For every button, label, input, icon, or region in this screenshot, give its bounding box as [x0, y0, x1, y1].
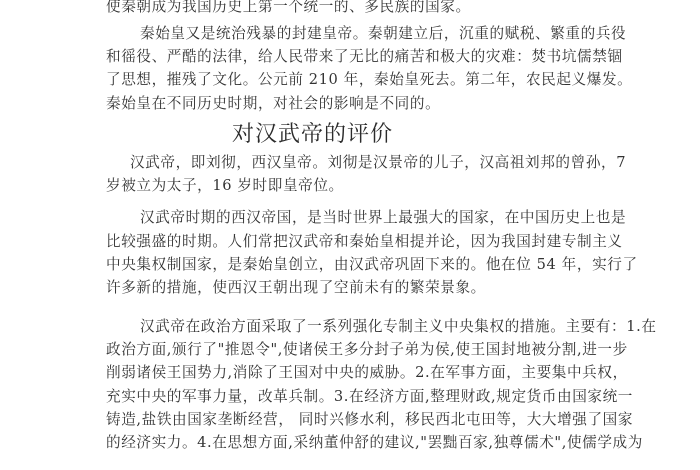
paragraph-line: 和徭役、严酷的法律，给人民带来了无比的痛苦和极大的灾难：焚书坑儒禁锢: [106, 48, 623, 66]
paragraph-line: 铸造,盐铁由国家垄断经营， 同时兴修水利，移民西北屯田等，大大增强了国家: [106, 411, 633, 429]
document-page: 使秦朝成为我国历史上第一个统一的、多民族的国家。 秦始皇又是统治残暴的封建皇帝。…: [0, 0, 700, 470]
paragraph-line: 削弱诸侯王国势力,消除了王国对中央的威胁。2.在军事方面，主要集中兵权，: [106, 364, 628, 382]
paragraph-line: 充实中央的军事力量，改革兵制。3.在经济方面,整理财政,规定货币由国家统一: [106, 388, 633, 406]
paragraph-line: 汉武帝时期的西汉帝国，是当时世界上最强大的国家，在中国历史上也是: [140, 209, 626, 227]
section-heading: 对汉武帝的评价: [232, 122, 393, 148]
paragraph-line: 政治方面,颁行了"推恩令",使诸侯王多分封子弟为侯,使王国封地被分割,进一步: [106, 341, 628, 359]
paragraph-line: 使秦朝成为我国历史上第一个统一的、多民族的国家。: [106, 0, 471, 16]
paragraph-line: 秦始皇又是统治残暴的封建皇帝。秦朝建立后，沉重的赋税、繁重的兵役: [140, 25, 626, 43]
paragraph-line: 岁被立为太子，16 岁时即皇帝位。: [106, 177, 344, 195]
paragraph-line: 的经济实力。4.在思想方面,采纳董仲舒的建议,"罢黜百家,独尊儒术",使儒学成为: [106, 434, 643, 452]
paragraph-line: 许多新的措施，使西汉王朝出现了空前未有的繁荣景象。: [106, 279, 486, 297]
paragraph-line: 汉武帝在政治方面采取了一系列强化专制主义中央集权的措施。主要有：1.在: [140, 318, 657, 336]
paragraph-line: 秦始皇在不同历史时期，对社会的影响是不同的。: [106, 95, 440, 113]
paragraph-line: 汉武帝，即刘彻，西汉皇帝。刘彻是汉景帝的儿子，汉高祖刘邦的曾孙，7: [130, 154, 626, 172]
paragraph-line: 了思想，摧残了文化。公元前 210 年，秦始皇死去。第二年，农民起义爆发。: [106, 71, 632, 89]
paragraph-line: 比较强盛的时期。人们常把汉武帝和秦始皇相提并论，因为我国封建专制主义: [106, 233, 623, 251]
paragraph-line: 中央集权制国家，是秦始皇创立，由汉武帝巩固下来的。他在位 54 年，实行了: [106, 256, 638, 274]
